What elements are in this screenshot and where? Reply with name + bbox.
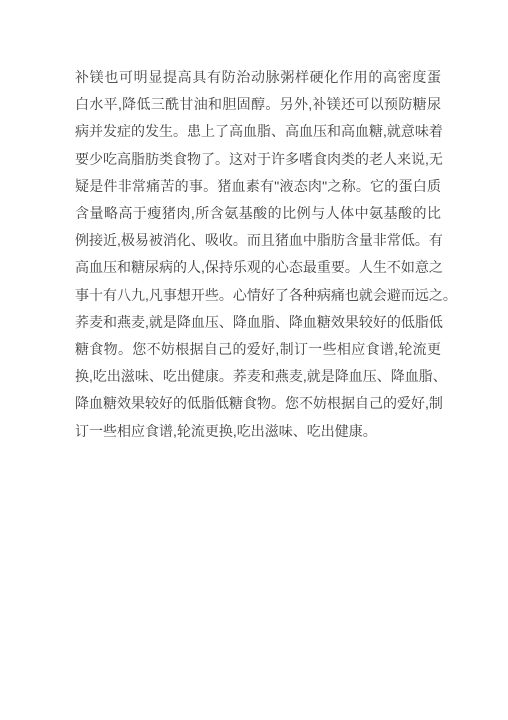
text-line: 换,吃出滋味、吃出健康。荞麦和燕麦,就是降血压、降血脂、 [75, 363, 441, 390]
text-line: 疑是件非常痛苦的事。猪血素有"液态肉"之称。它的蛋白质 [75, 173, 441, 200]
text-line: 例接近,极易被消化、吸收。而且猪血中脂肪含量非常低。有 [75, 227, 441, 254]
text-line: 糖食物。您不妨根据自己的爱好,制订一些相应食谱,轮流更 [75, 336, 441, 363]
text-line: 降血糖效果较好的低脂低糖食物。您不妨根据自己的爱好,制 [75, 390, 441, 417]
text-line: 白水平,降低三酰甘油和胆固醇。另外,补镁还可以预防糖尿 [75, 91, 441, 118]
text-line: 补镁也可明显提高具有防治动脉粥样硬化作用的高密度蛋 [75, 64, 441, 91]
text-line: 含量略高于瘦猪肉,所含氨基酸的比例与人体中氨基酸的比 [75, 200, 441, 227]
text-line: 订一些相应食谱,轮流更换,吃出滋味、吃出健康。 [75, 418, 441, 445]
text-line: 病并发症的发生。患上了高血脂、高血压和高血糖,就意味着 [75, 118, 441, 145]
text-line: 高血压和糖尿病的人,保持乐观的心态最重要。人生不如意之 [75, 254, 441, 281]
text-line: 事十有八九,凡事想开些。心情好了各种病痛也就会避而远之。 [75, 282, 441, 309]
text-line: 要少吃高脂肪类食物了。这对于许多嗜食肉类的老人来说,无 [75, 146, 441, 173]
document-paragraph: 补镁也可明显提高具有防治动脉粥样硬化作用的高密度蛋白水平,降低三酰甘油和胆固醇。… [75, 64, 441, 445]
text-line: 荞麦和燕麦,就是降血压、降血脂、降血糖效果较好的低脂低 [75, 309, 441, 336]
document-page: 补镁也可明显提高具有防治动脉粥样硬化作用的高密度蛋白水平,降低三酰甘油和胆固醇。… [0, 0, 508, 720]
